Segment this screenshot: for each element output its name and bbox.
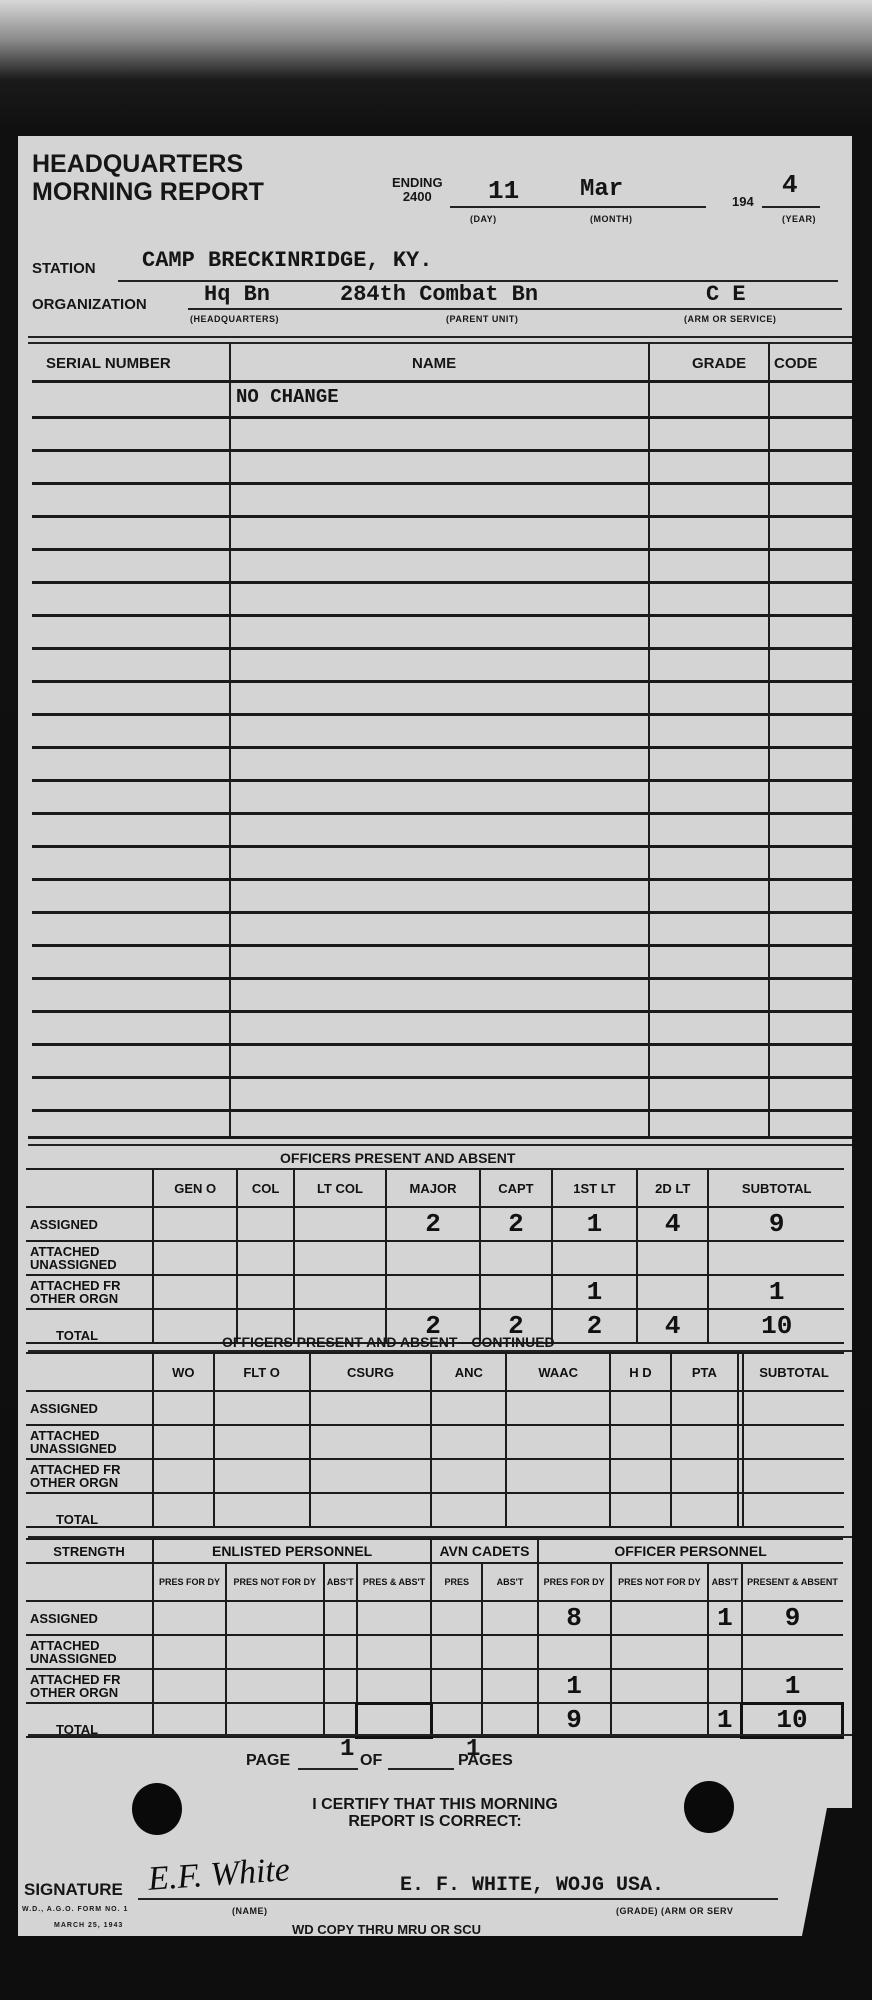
col-present-absent: PRESENT & ABSENT: [742, 1563, 843, 1601]
parent-unit-field[interactable]: 284th Combat Bn: [340, 282, 538, 307]
cell[interactable]: 1: [708, 1703, 741, 1737]
cell[interactable]: [671, 1459, 738, 1493]
cell[interactable]: 10: [708, 1309, 844, 1343]
cell[interactable]: [431, 1703, 482, 1737]
form-title: HEADQUARTERS MORNING REPORT: [32, 150, 264, 206]
column-grade: GRADE: [692, 355, 746, 372]
certify-line-1: I CERTIFY THAT THIS MORNING: [18, 1796, 852, 1813]
cell[interactable]: [153, 1703, 226, 1737]
title-line-2: MORNING REPORT: [32, 178, 264, 206]
typed-name-field[interactable]: E. F. WHITE, WOJG USA.: [400, 1874, 664, 1897]
cell[interactable]: [506, 1493, 610, 1527]
cell[interactable]: [214, 1425, 310, 1459]
col-capt: CAPT: [480, 1169, 552, 1207]
col-pres-for-dy: PRES FOR DY: [538, 1563, 611, 1601]
row-label: ATTACHED FR OTHER ORGN: [26, 1669, 153, 1703]
row-label: ASSIGNED: [26, 1391, 153, 1425]
cell[interactable]: 4: [637, 1207, 708, 1241]
cell[interactable]: [357, 1601, 431, 1635]
row-label: ASSIGNED: [26, 1601, 153, 1635]
cell[interactable]: [294, 1241, 386, 1275]
title-line-1: HEADQUARTERS: [32, 150, 264, 178]
cell[interactable]: [611, 1703, 709, 1737]
cell[interactable]: [431, 1635, 482, 1669]
cell[interactable]: [480, 1275, 552, 1309]
cell[interactable]: [153, 1669, 226, 1703]
cell[interactable]: [671, 1391, 738, 1425]
pages-label: PAGES: [458, 1752, 513, 1770]
col-abst: ABS'T: [708, 1563, 741, 1601]
grade-caption: (GRADE) (ARM OR SERV: [616, 1906, 733, 1916]
cell[interactable]: [310, 1459, 432, 1493]
col-pres-for-dy: PRES FOR DY: [153, 1563, 226, 1601]
of-label: OF: [360, 1752, 382, 1770]
arm-caption: (ARM OR SERVICE): [684, 314, 776, 324]
col-pres-not-for-dy: PRES NOT FOR DY: [226, 1563, 324, 1601]
cell[interactable]: [153, 1241, 237, 1275]
cell[interactable]: [431, 1669, 482, 1703]
row-label: ATTACHED FR OTHER ORGN: [26, 1459, 153, 1493]
cell[interactable]: 1: [552, 1207, 637, 1241]
row-label: ATTACHED UNASSIGNED: [26, 1241, 153, 1275]
cell[interactable]: [294, 1275, 386, 1309]
col-major: MAJOR: [386, 1169, 480, 1207]
cell[interactable]: 2: [386, 1207, 480, 1241]
cell[interactable]: [310, 1425, 432, 1459]
month-caption: (MONTH): [590, 214, 633, 224]
cell[interactable]: [357, 1669, 431, 1703]
cell[interactable]: [214, 1459, 310, 1493]
cell[interactable]: [226, 1703, 324, 1737]
cell[interactable]: [637, 1275, 708, 1309]
row-label: TOTAL: [26, 1493, 153, 1527]
cell[interactable]: [237, 1241, 294, 1275]
cell[interactable]: [153, 1391, 214, 1425]
cell[interactable]: [153, 1493, 214, 1527]
cell[interactable]: [708, 1635, 741, 1669]
cell[interactable]: [743, 1493, 844, 1527]
cell[interactable]: [482, 1703, 537, 1737]
routing-note: WD COPY THRU MRU OR SCU: [292, 1922, 481, 1937]
officers-row-attached-unassigned: ATTACHED UNASSIGNED: [26, 1241, 844, 1275]
page-number-field[interactable]: 1: [340, 1736, 354, 1763]
group-officer: OFFICER PERSONNEL: [538, 1539, 843, 1563]
cell[interactable]: [480, 1241, 552, 1275]
col-pres-not-for-dy: PRES NOT FOR DY: [611, 1563, 709, 1601]
cell[interactable]: [226, 1635, 324, 1669]
ending-text: ENDING: [392, 176, 443, 190]
cell[interactable]: [611, 1635, 709, 1669]
station-field[interactable]: CAMP BRECKINRIDGE, KY.: [142, 248, 432, 273]
handwritten-signature[interactable]: E.F. White: [147, 1851, 291, 1899]
cell[interactable]: [153, 1601, 226, 1635]
cell[interactable]: [671, 1425, 738, 1459]
cell[interactable]: [671, 1493, 738, 1527]
day-field[interactable]: 11: [488, 176, 519, 206]
column-serial-number: SERIAL NUMBER: [46, 355, 171, 372]
headquarters-caption: (HEADQUARTERS): [190, 314, 279, 324]
col-flt-o: FLT O: [214, 1353, 310, 1391]
col-pres-abst: PRES & ABS'T: [357, 1563, 431, 1601]
cell[interactable]: [431, 1601, 482, 1635]
month-field[interactable]: Mar: [580, 176, 623, 203]
cell[interactable]: [324, 1601, 357, 1635]
cell[interactable]: [743, 1391, 844, 1425]
cell[interactable]: [611, 1669, 709, 1703]
cell[interactable]: [153, 1635, 226, 1669]
cell[interactable]: [324, 1669, 357, 1703]
cell[interactable]: [552, 1241, 637, 1275]
cell[interactable]: 4: [637, 1309, 708, 1343]
parent-unit-caption: (PARENT UNIT): [446, 314, 518, 324]
ending-label: ENDING 2400: [392, 176, 443, 204]
morning-report-form: HEADQUARTERS MORNING REPORT ENDING 2400 …: [18, 136, 852, 1936]
col-subtotal: SUBTOTAL: [743, 1353, 844, 1391]
arm-service-field[interactable]: C E: [706, 282, 746, 307]
organization-label: ORGANIZATION: [32, 296, 147, 313]
signature-label: SIGNATURE: [24, 1880, 123, 1900]
row-label: ATTACHED FR OTHER ORGN: [26, 1275, 153, 1309]
col-col: COL: [237, 1169, 294, 1207]
cell[interactable]: 10: [742, 1703, 843, 1737]
cell[interactable]: [431, 1425, 506, 1459]
ending-time: 2400: [392, 190, 443, 204]
col-h-d: H D: [610, 1353, 671, 1391]
cell[interactable]: [386, 1241, 480, 1275]
column-code: CODE: [774, 355, 817, 372]
officers-title: OFFICERS PRESENT AND ABSENT: [280, 1150, 515, 1166]
officers-continued-table: WO FLT O CSURG ANC WAAC H D PTA SUBTOTAL…: [26, 1352, 844, 1528]
cell[interactable]: [357, 1703, 431, 1737]
cell[interactable]: [482, 1635, 537, 1669]
officers-table: GEN O COL LT COL MAJOR CAPT 1ST LT 2D LT…: [26, 1168, 844, 1344]
col-wo: WO: [153, 1353, 214, 1391]
cell[interactable]: [610, 1425, 671, 1459]
cell[interactable]: [214, 1391, 310, 1425]
headquarters-field[interactable]: Hq Bn: [204, 282, 270, 307]
cell[interactable]: [310, 1493, 432, 1527]
col-1st-lt: 1ST LT: [552, 1169, 637, 1207]
cell[interactable]: [431, 1391, 506, 1425]
cell[interactable]: [506, 1459, 610, 1493]
cell[interactable]: [611, 1601, 709, 1635]
col-subtotal: SUBTOTAL: [708, 1169, 844, 1207]
cell[interactable]: [742, 1635, 843, 1669]
cell[interactable]: 1: [538, 1669, 611, 1703]
row-label: ATTACHED UNASSIGNED: [26, 1635, 153, 1669]
cell[interactable]: 9: [742, 1601, 843, 1635]
cell[interactable]: [357, 1635, 431, 1669]
cell[interactable]: 9: [708, 1207, 844, 1241]
year-prefix: 194: [732, 194, 754, 209]
certify-statement: I CERTIFY THAT THIS MORNING REPORT IS CO…: [18, 1796, 852, 1830]
cell[interactable]: 1: [552, 1275, 637, 1309]
row-label: ASSIGNED: [26, 1207, 153, 1241]
cell[interactable]: [431, 1459, 506, 1493]
cell[interactable]: 2: [552, 1309, 637, 1343]
cell[interactable]: 9: [538, 1703, 611, 1737]
strength-label: STRENGTH: [26, 1539, 153, 1563]
row-label: TOTAL: [26, 1309, 153, 1343]
cell[interactable]: [610, 1459, 671, 1493]
strength-table: STRENGTH ENLISTED PERSONNEL AVN CADETS O…: [26, 1538, 844, 1739]
cell[interactable]: [482, 1601, 537, 1635]
cell[interactable]: 2: [480, 1207, 552, 1241]
officers-row-assigned: ASSIGNED 2 2 1 4 9: [26, 1207, 844, 1241]
row-label: TOTAL: [26, 1703, 153, 1737]
entry-name-0[interactable]: NO CHANGE: [236, 386, 339, 408]
cell[interactable]: [324, 1635, 357, 1669]
form-date: MARCH 25, 1943: [54, 1922, 123, 1929]
cell[interactable]: [431, 1493, 506, 1527]
group-enlisted: ENLISTED PERSONNEL: [153, 1539, 431, 1563]
cell[interactable]: [153, 1275, 237, 1309]
col-pta: PTA: [671, 1353, 738, 1391]
certify-line-2: REPORT IS CORRECT:: [18, 1813, 852, 1830]
cell[interactable]: [538, 1635, 611, 1669]
cell[interactable]: [610, 1391, 671, 1425]
cell[interactable]: [237, 1275, 294, 1309]
cell[interactable]: [506, 1391, 610, 1425]
cell[interactable]: [708, 1241, 844, 1275]
cell[interactable]: [237, 1207, 294, 1241]
cell[interactable]: [637, 1241, 708, 1275]
col-gen-o: GEN O: [153, 1169, 237, 1207]
col-pres: PRES: [431, 1563, 482, 1601]
cell[interactable]: 8: [538, 1601, 611, 1635]
cell[interactable]: [610, 1493, 671, 1527]
cell[interactable]: [153, 1207, 237, 1241]
col-lt-col: LT COL: [294, 1169, 386, 1207]
page-label: PAGE: [246, 1752, 290, 1770]
col-waac: WAAC: [506, 1353, 610, 1391]
station-label: STATION: [32, 260, 96, 277]
form-number: W.D., A.G.O. FORM NO. 1: [22, 1906, 128, 1913]
cell[interactable]: [226, 1601, 324, 1635]
cell[interactable]: [324, 1703, 357, 1737]
cell[interactable]: [386, 1275, 480, 1309]
col-abst: ABS'T: [324, 1563, 357, 1601]
cell[interactable]: [294, 1207, 386, 1241]
officers-row-attached-fr-other: ATTACHED FR OTHER ORGN 1 1: [26, 1275, 844, 1309]
cell[interactable]: 1: [708, 1601, 741, 1635]
cell[interactable]: [743, 1459, 844, 1493]
cell[interactable]: [310, 1391, 432, 1425]
col-anc: ANC: [431, 1353, 506, 1391]
col-2d-lt: 2D LT: [637, 1169, 708, 1207]
officers-continued-title: OFFICERS PRESENT AND ABSENT—CONTINUED: [222, 1334, 555, 1350]
col-csurg: CSURG: [310, 1353, 432, 1391]
year-field[interactable]: 4: [782, 170, 798, 200]
name-caption: (NAME): [232, 1906, 268, 1916]
cell[interactable]: [482, 1669, 537, 1703]
column-name: NAME: [412, 355, 456, 372]
cell[interactable]: [506, 1425, 610, 1459]
day-caption: (DAY): [470, 214, 497, 224]
col-abst: ABS'T: [482, 1563, 537, 1601]
row-label: ATTACHED UNASSIGNED: [26, 1425, 153, 1459]
cell[interactable]: [708, 1669, 741, 1703]
cell[interactable]: [214, 1493, 310, 1527]
cell[interactable]: 1: [708, 1275, 844, 1309]
cell[interactable]: [226, 1669, 324, 1703]
cell[interactable]: 1: [742, 1669, 843, 1703]
group-avn-cadets: AVN CADETS: [431, 1539, 537, 1563]
year-caption: (YEAR): [782, 214, 816, 224]
cell[interactable]: [153, 1459, 214, 1493]
cell[interactable]: [153, 1425, 214, 1459]
cell[interactable]: [743, 1425, 844, 1459]
